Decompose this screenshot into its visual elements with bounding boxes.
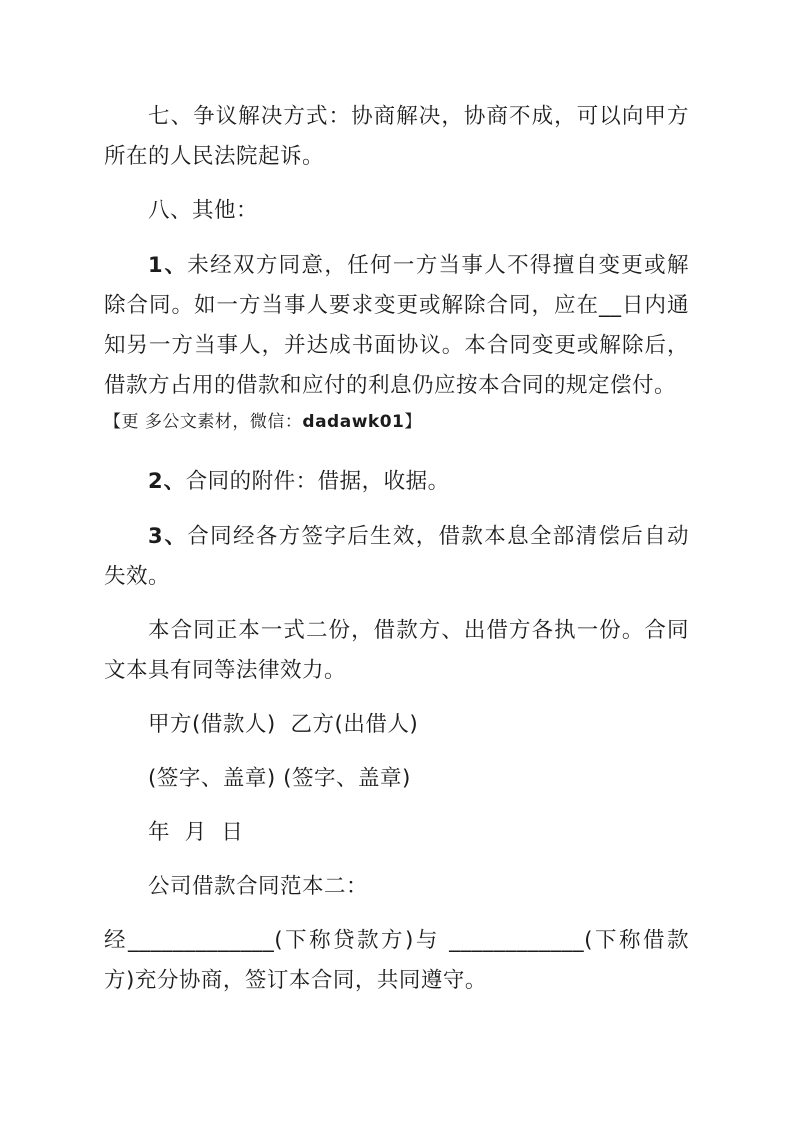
watermark-line: 【更 多公文素材，微信：dadawk01】 (104, 406, 689, 439)
document-page: 七、争议解决方式：协商解决，协商不成，可以向甲方所在的人民法院起诉。 八、其他：… (0, 0, 793, 1122)
paragraph-dispute-resolution: 七、争议解决方式：协商解决，协商不成，可以向甲方所在的人民法院起诉。 (104, 97, 689, 177)
clause-1-text: 未经双方同意，任何一方当事人不得擅自变更或解除合同。如一方当事人要求变更或解除合… (104, 253, 689, 398)
paragraph-copies: 本合同正本一式二份，借款方、出借方各执一份。合同文本具有同等法律效力。 (104, 611, 689, 691)
paragraph-signature: (签字、盖章) (签字、盖章) (104, 759, 689, 799)
clause-2-number: 2、 (148, 469, 186, 493)
paragraph-date: 年 月 日 (104, 813, 689, 853)
watermark-suffix: 】 (404, 412, 422, 432)
paragraph-clause-1: 1、未经双方同意，任何一方当事人不得擅自变更或解除合同。如一方当事人要求变更或解… (104, 245, 689, 406)
clause-2-text: 合同的附件：借据，收据。 (186, 469, 450, 494)
wechat-code: dadawk01 (302, 412, 404, 432)
paragraph-template2-title: 公司借款合同范本二： (104, 867, 689, 907)
paragraph-other-heading: 八、其他： (104, 191, 689, 231)
paragraph-parties: 甲方(借款人) 乙方(出借人) (104, 705, 689, 745)
clause-3-number: 3、 (148, 524, 187, 548)
paragraph-clause-2: 2、合同的附件：借据，收据。 (104, 461, 689, 502)
paragraph-clause-3: 3、合同经各方签字后生效，借款本息全部清偿后自动失效。 (104, 516, 689, 597)
clause-3-text: 合同经各方签字后生效，借款本息全部清偿后自动失效。 (104, 524, 689, 589)
paragraph-template2-intro: 经_____________(下称贷款方)与 ____________(下称借款… (104, 921, 689, 1001)
watermark-prefix: 【更 多公文素材，微信： (104, 412, 302, 432)
clause-1-number: 1、 (148, 253, 187, 277)
